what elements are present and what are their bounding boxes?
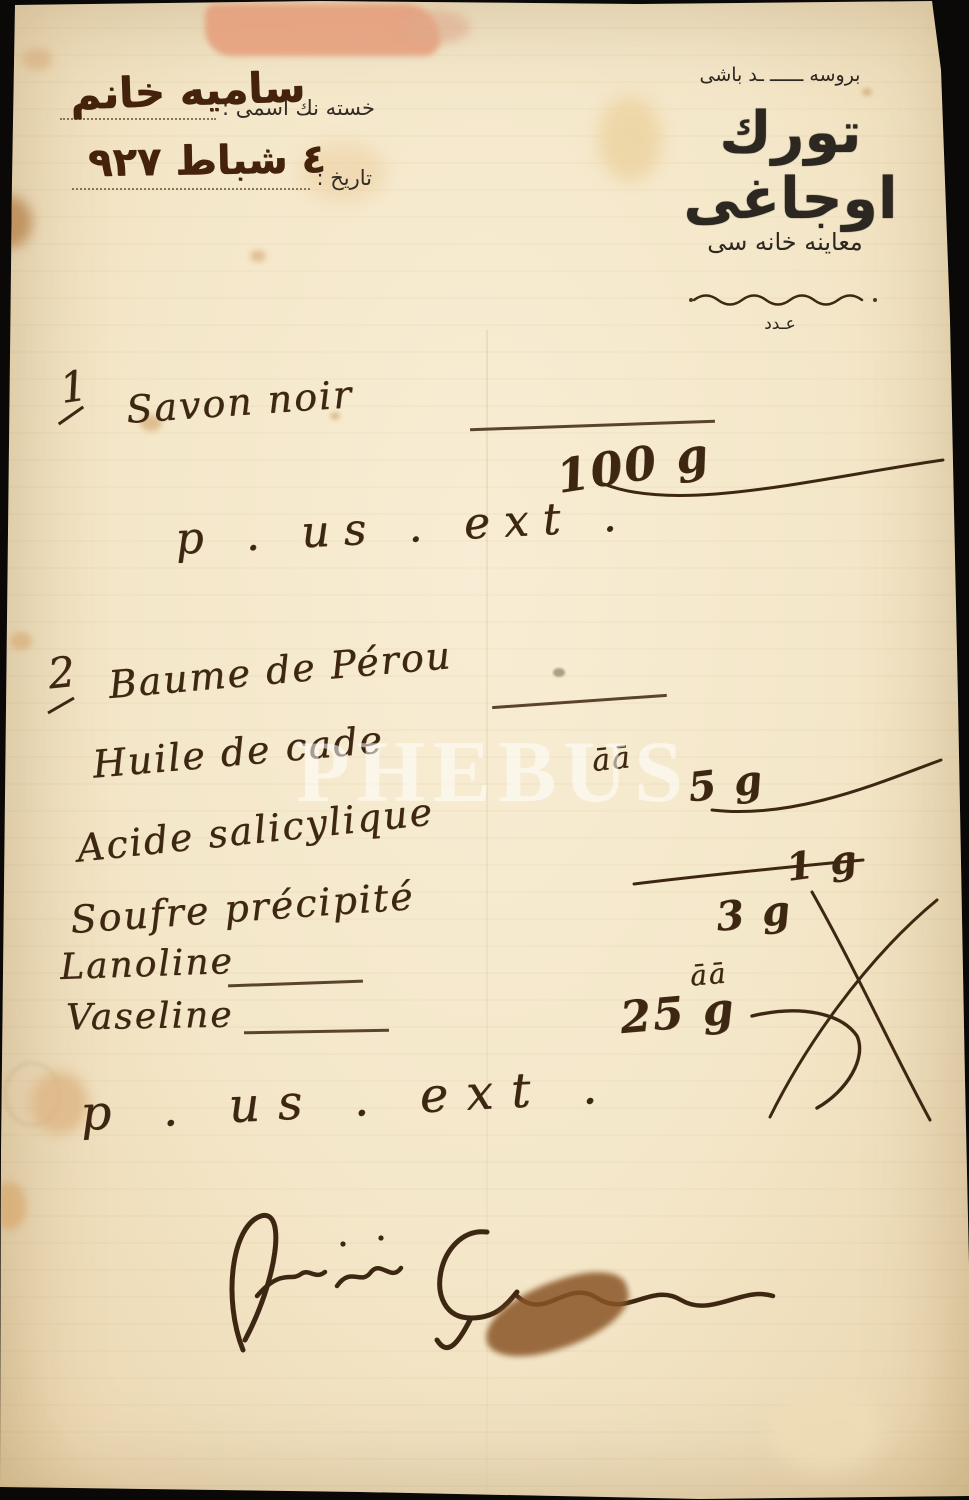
watermark-text: PHEBUS — [296, 722, 690, 823]
item2-ingredient5: Lanoline — [59, 941, 234, 988]
ink-blot — [475, 1260, 638, 1369]
ink-flourish — [742, 996, 872, 1116]
foxing-spot — [10, 632, 32, 650]
index-underline — [47, 697, 74, 715]
ink-speck — [553, 668, 565, 677]
item1-usage-note: p . us . ext . — [174, 490, 632, 565]
letterhead-subtitle: معاينه خانه سى — [660, 228, 910, 256]
scanned-document: بروسه ــــــ ـد باشی تورك اوجاغى معاينه … — [0, 0, 969, 1500]
item2-ingredient6: Vaseline — [66, 995, 234, 1039]
date-handwritten: ٤ شباط ٩٢٧ — [88, 136, 327, 186]
foxing-spot — [22, 48, 52, 70]
item2-ingredient1: Baume de Pérou — [107, 633, 454, 707]
ink-rule — [228, 980, 363, 988]
item2-dose3: 1 g — [783, 835, 861, 890]
brown-stain-left-edge — [0, 196, 32, 248]
item2-index: 2 — [46, 647, 80, 699]
item2-dose4: 3 g — [714, 886, 794, 941]
embossed-seal — [4, 1062, 60, 1126]
letterhead-number-label: عـدد — [700, 314, 860, 334]
letterhead-region-line: بروسه ــــــ ـد باشی — [600, 64, 960, 86]
item2-dose6: 25 g — [618, 983, 737, 1044]
ink-rule — [492, 694, 667, 709]
stain-left-edge — [0, 1182, 26, 1230]
stain-bottom — [768, 1388, 883, 1472]
letterhead-title: تورك اوجاغى — [618, 100, 963, 232]
prescription-paper: بروسه ــــــ ـد باشی تورك اوجاغى معاينه … — [0, 0, 969, 1500]
patient-name-handwritten: ساميه خانم — [69, 62, 306, 119]
item1-index: 1 — [57, 360, 92, 413]
ornament-divider-icon — [688, 288, 878, 312]
tape-stain-small — [400, 10, 470, 44]
ink-rule — [244, 1029, 389, 1035]
item2-ingredient4: Soufre précipité — [69, 874, 416, 942]
item2-usage-note: p . us . ext . — [79, 1058, 616, 1142]
item1-ingredient: Savon noir — [125, 372, 355, 432]
doctor-signature — [185, 1188, 785, 1363]
foxing-dot — [862, 88, 872, 96]
tape-stain — [205, 4, 440, 56]
foxing-spot — [250, 250, 266, 262]
item2-dose2: 5 g — [685, 756, 766, 812]
